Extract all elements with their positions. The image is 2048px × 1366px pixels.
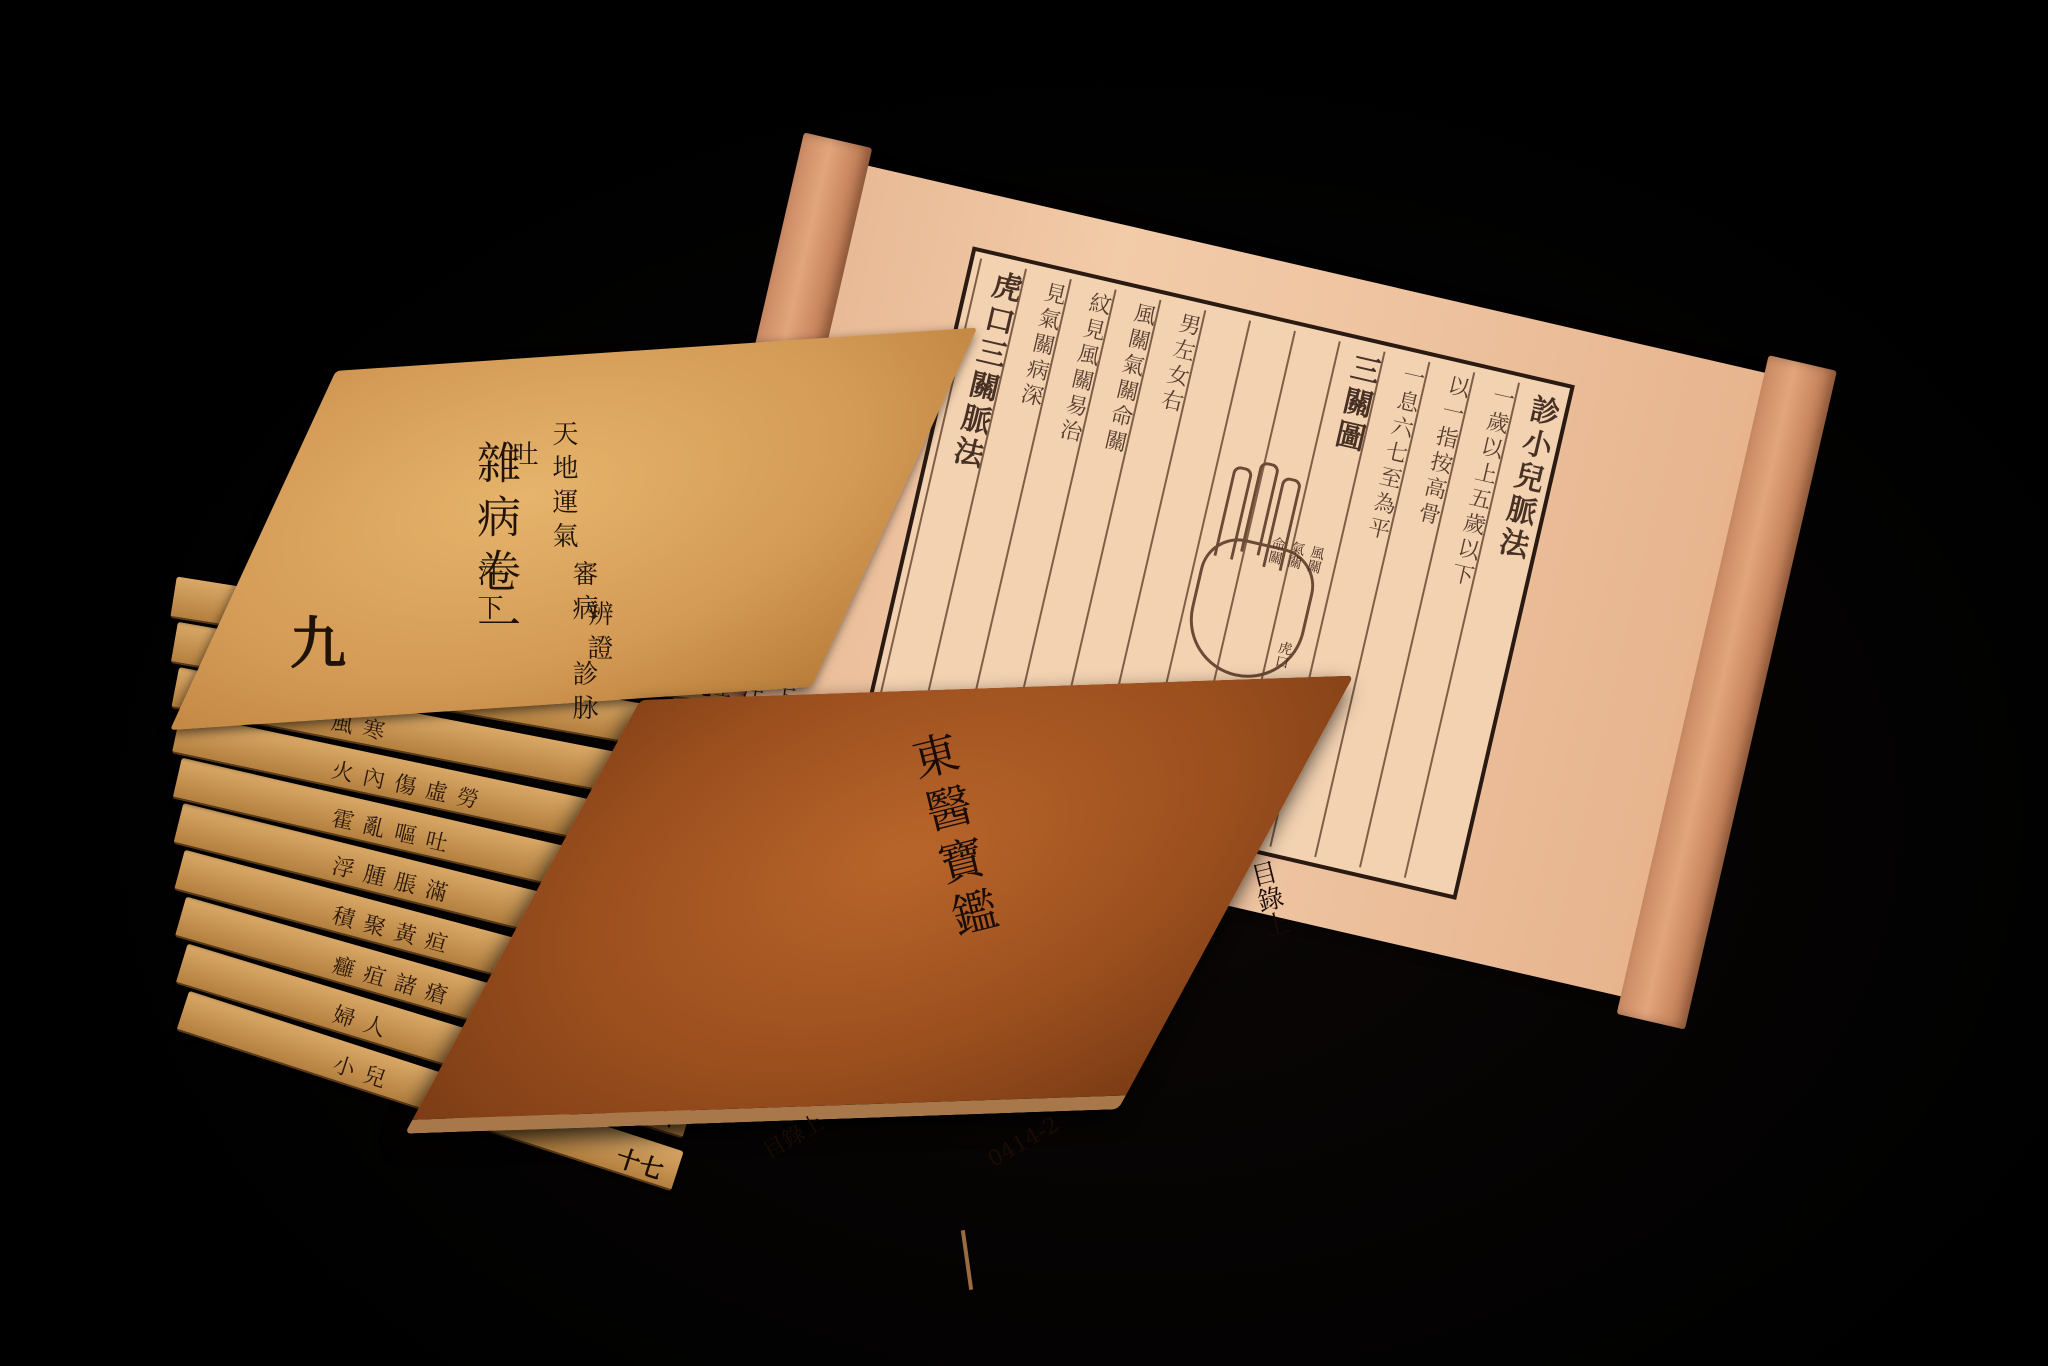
cover-subtitle: 吐 [505, 440, 542, 474]
cover-subtitle: 診脉 [565, 660, 602, 728]
cover-subtitle: 汗下 [470, 560, 507, 628]
volume-number: 九 [290, 600, 346, 680]
cover-subtitle: 辨證 [580, 600, 617, 668]
cover-subtitle: 天地運氣 [545, 420, 582, 556]
